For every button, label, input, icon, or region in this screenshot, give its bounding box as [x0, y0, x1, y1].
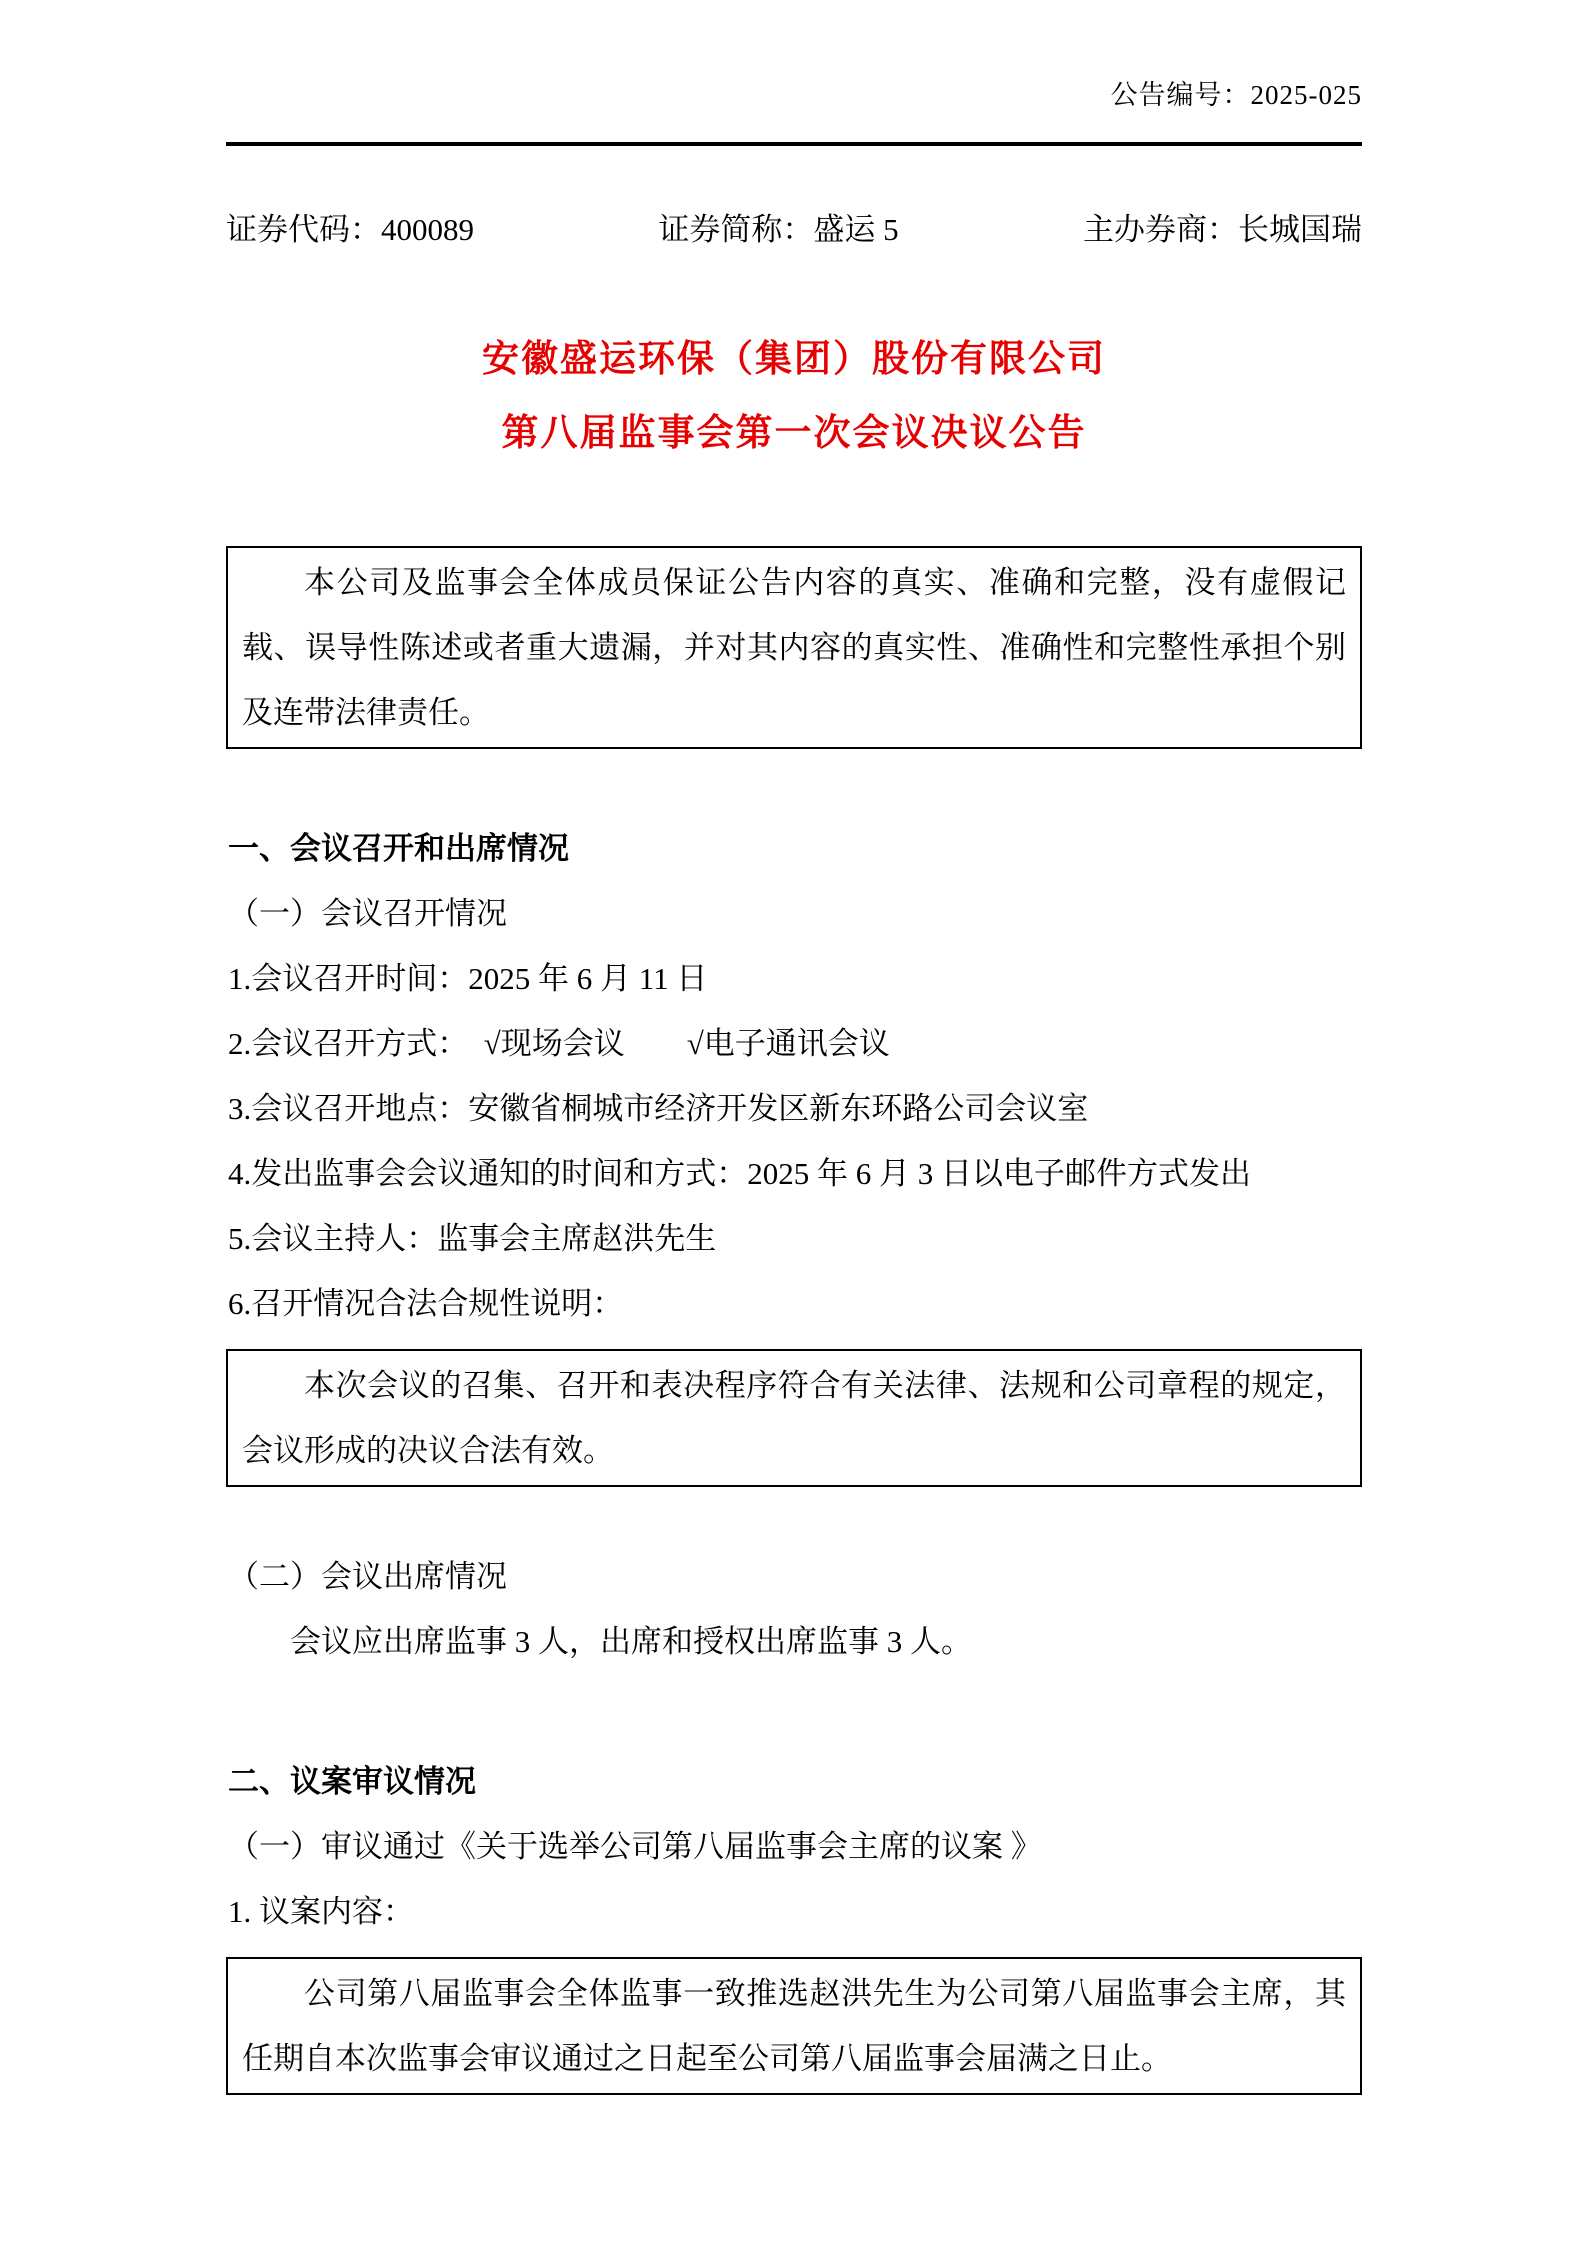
meeting-place-item: 3.会议召开地点：安徽省桐城市经济开发区新东环路公司会议室 [226, 1089, 1362, 1129]
meeting-notice-item: 4.发出监事会会议通知的时间和方式：2025 年 6 月 3 日以电子邮件方式发… [226, 1154, 1362, 1194]
header-rule [226, 142, 1362, 146]
section1-heading: 一、会议召开和出席情况 [226, 829, 1362, 869]
securities-short-name: 证券简称：盛运 5 [658, 210, 898, 250]
document-content: 公告编号：2025-025 证券代码：400089 证券简称：盛运 5 主办券商… [226, 0, 1362, 2095]
legality-statement-label: 6.召开情况合法合规性说明： [226, 1284, 1362, 1324]
proposal-content-label: 1. 议案内容： [226, 1892, 1362, 1932]
section2-heading: 二、议案审议情况 [226, 1762, 1362, 1802]
company-name-title: 安徽盛运环保（集团）股份有限公司 [226, 334, 1362, 386]
legality-box: 本次会议的召集、召开和表决程序符合有关法律、法规和公司章程的规定，会议形成的决议… [226, 1349, 1362, 1487]
attendance-line: 会议应出席监事 3 人，出席和授权出席监事 3 人。 [226, 1622, 1362, 1662]
meeting-host-item: 5.会议主持人：监事会主席赵洪先生 [226, 1219, 1362, 1259]
section1-sub1: （一）会议召开情况 [226, 894, 1362, 934]
section1-sub2: （二）会议出席情况 [226, 1557, 1362, 1597]
announcement-title: 第八届监事会第一次会议决议公告 [226, 408, 1362, 460]
section2-sub1: （一）审议通过《关于选举公司第八届监事会主席的议案 》 [226, 1827, 1362, 1867]
sponsor-broker: 主办券商：长城国瑞 [1083, 210, 1362, 250]
meeting-time-item: 1.会议召开时间：2025 年 6 月 11 日 [226, 959, 1362, 999]
declaration-box: 本公司及监事会全体成员保证公告内容的真实、准确和完整，没有虚假记载、误导性陈述或… [226, 546, 1362, 749]
meeting-method-item: 2.会议召开方式： √现场会议 √电子通讯会议 [226, 1024, 1362, 1064]
securities-code: 证券代码：400089 [226, 210, 474, 250]
announcement-number: 公告编号：2025-025 [226, 0, 1362, 112]
document-page: 公告编号：2025-025 证券代码：400089 证券简称：盛运 5 主办券商… [0, 0, 1587, 2245]
securities-info-row: 证券代码：400089 证券简称：盛运 5 主办券商：长城国瑞 [226, 210, 1362, 250]
proposal-content-box: 公司第八届监事会全体监事一致推选赵洪先生为公司第八届监事会主席，其任期自本次监事… [226, 1957, 1362, 2095]
